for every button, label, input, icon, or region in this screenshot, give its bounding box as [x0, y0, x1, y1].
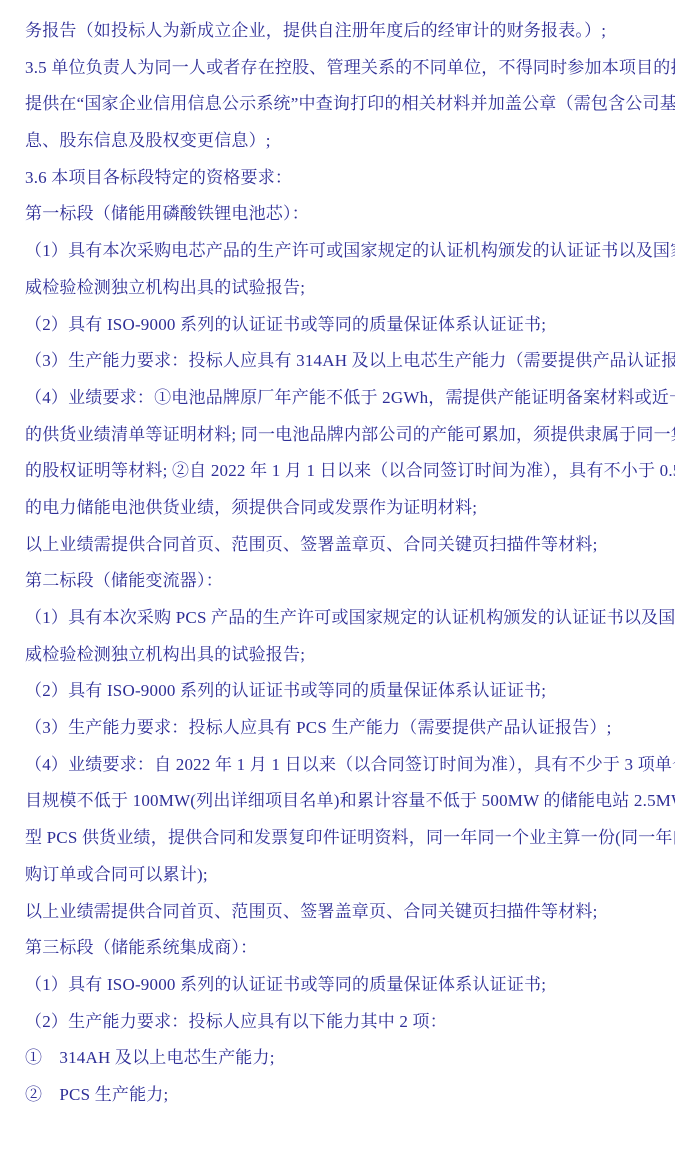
document-line: 威检验检测独立机构出具的试验报告;: [25, 637, 675, 674]
document-line: （1）具有 ISO-9000 系列的认证证书或等同的质量保证体系认证证书;: [25, 967, 675, 1004]
document-line: （3）生产能力要求：投标人应具有 314AH 及以上电芯生产能力（需要提供产品认…: [25, 343, 675, 380]
document-list-item-1: ① 314AH 及以上电芯生产能力;: [25, 1040, 675, 1077]
document-line: 购订单或合同可以累计);: [25, 857, 675, 894]
document-line: （3）生产能力要求：投标人应具有 PCS 生产能力（需要提供产品认证报告）;: [25, 710, 675, 747]
document-line: 务报告（如投标人为新成立企业，提供自注册年度后的经审计的财务报表。）;: [25, 13, 675, 50]
document-line: 提供在“国家企业信用信息公示系统”中查询打印的相关材料并加盖公章（需包含公司基本…: [25, 86, 675, 123]
document-heading-section-1: 第一标段（储能用磷酸铁锂电池芯）：: [25, 196, 675, 233]
document-heading-section-2: 第二标段（储能变流器）：: [25, 563, 675, 600]
document-line: 目规模不低于 100MW(列出详细项目名单)和累计容量不低于 500MW 的储能…: [25, 783, 675, 820]
document-line: （4）业绩要求：①电池品牌原厂年产能不低于 2GWh，需提供产能证明备案材料或近…: [25, 380, 675, 417]
document-line: （1）具有本次采购 PCS 产品的生产许可或国家规定的认证机构颁发的认证证书以及…: [25, 600, 675, 637]
document-line: 的股权证明等材料; ②自 2022 年 1 月 1 日以来（以合同签订时间为准）…: [25, 453, 675, 490]
document-line: 型 PCS 供货业绩，提供合同和发票复印件证明资料，同一年同一个业主算一份(同一…: [25, 820, 675, 857]
document-line: 息、股东信息及股权变更信息）;: [25, 123, 675, 160]
document-line: 的供货业绩清单等证明材料; 同一电池品牌内部公司的产能可累加，须提供隶属于同一集…: [25, 417, 675, 454]
document-list-item-2: ② PCS 生产能力;: [25, 1077, 675, 1114]
document-heading-section-3: 第三标段（储能系统集成商）：: [25, 930, 675, 967]
document-line: 威检验检测独立机构出具的试验报告;: [25, 270, 675, 307]
document-line: （2）生产能力要求：投标人应具有以下能力其中 2 项：: [25, 1004, 675, 1041]
document-page: 务报告（如投标人为新成立企业，提供自注册年度后的经审计的财务报表。）; 3.5 …: [0, 0, 700, 1152]
document-heading-3-6: 3.6 本项目各标段特定的资格要求：: [25, 160, 675, 197]
document-line: （2）具有 ISO-9000 系列的认证证书或等同的质量保证体系认证证书;: [25, 307, 675, 344]
document-line: （4）业绩要求：自 2022 年 1 月 1 日以来（以合同签订时间为准），具有…: [25, 747, 675, 784]
document-line: 以上业绩需提供合同首页、范围页、签署盖章页、合同关键页扫描件等材料;: [25, 894, 675, 931]
document-line: 以上业绩需提供合同首页、范围页、签署盖章页、合同关键页扫描件等材料;: [25, 527, 675, 564]
document-line: 的电力储能电池供货业绩，须提供合同或发票作为证明材料;: [25, 490, 675, 527]
document-line: 3.5 单位负责人为同一人或者存在控股、管理关系的不同单位，不得同时参加本项目的…: [25, 50, 675, 87]
document-line: （1）具有本次采购电芯产品的生产许可或国家规定的认证机构颁发的认证证书以及国家权: [25, 233, 675, 270]
document-line: （2）具有 ISO-9000 系列的认证证书或等同的质量保证体系认证证书;: [25, 673, 675, 710]
